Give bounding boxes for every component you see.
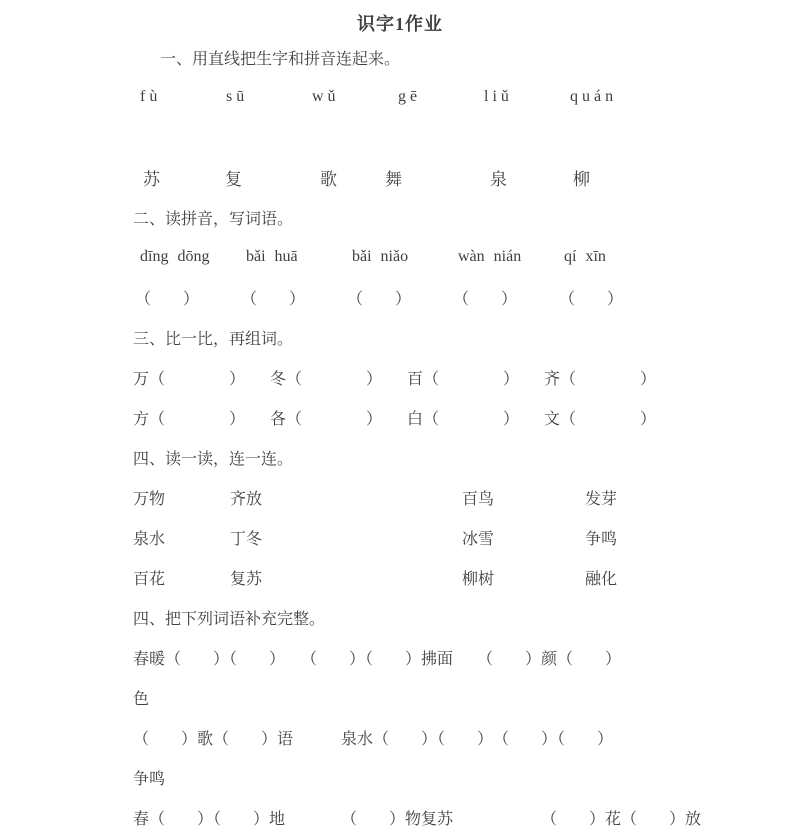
answer-blank: （ ） <box>347 286 453 309</box>
worksheet-content: 一、用直线把生字和拼音连起来。 fù sū wǔ gē liǔ quán 苏 复… <box>0 37 800 837</box>
section1-heading: 一、用直线把生字和拼音连起来。 <box>133 37 780 77</box>
idiom-line: 春暖（ ）（ ） （ ）（ ）拂面 （ ）颜（ ） <box>133 637 780 677</box>
compare-cell: 白（ ） <box>407 406 519 429</box>
pinyin-item: gē <box>398 88 484 106</box>
character-item: 复 <box>225 165 320 190</box>
compare-cell: 各（ ） <box>270 406 382 429</box>
idiom-line-wrap: 争鸣 <box>133 757 780 797</box>
character-item: 苏 <box>143 165 225 190</box>
match-word: 争鸣 <box>585 526 780 549</box>
idiom-line: （ ）歌（ ）语 泉水（ ）（ ） （ ）（ ） <box>133 717 780 757</box>
match-word: 复苏 <box>230 566 462 589</box>
character-item: 舞 <box>385 165 490 190</box>
answer-blank: （ ） <box>241 286 347 309</box>
pinyin-word: bǎi huā <box>246 248 352 266</box>
section2-blanks-row: （ ） （ ） （ ） （ ） （ ） <box>133 277 780 317</box>
section2-pinyin-row: dīng dōng bǎi huā bǎi niǎo wàn nián qí x… <box>133 237 780 277</box>
section2-heading: 二、读拼音，写词语。 <box>133 197 780 237</box>
pinyin-word: wàn nián <box>458 248 564 266</box>
pinyin-word: qí xīn <box>564 248 670 266</box>
compare-cell: 方（ ） <box>133 406 245 429</box>
match-word: 齐放 <box>230 486 462 509</box>
match-word: 万物 <box>133 486 230 509</box>
compare-cell: 百（ ） <box>407 366 519 389</box>
section1-characters-row: 苏 复 歌 舞 泉 柳 <box>133 157 780 197</box>
match-row: 泉水 丁冬 冰雪 争鸣 <box>133 517 780 557</box>
character-item: 泉 <box>490 165 573 190</box>
compare-cell: 万（ ） <box>133 366 245 389</box>
connect-lines-area <box>133 117 780 157</box>
worksheet-page: 识字1作业 一、用直线把生字和拼音连起来。 fù sū wǔ gē liǔ qu… <box>0 0 800 839</box>
idiom-line: 春（ ）（ ）地 （ ）物复苏 （ ）花（ ）放 <box>133 797 780 837</box>
idiom-line-wrap: 色 <box>133 677 780 717</box>
section1-pinyin-row: fù sū wǔ gē liǔ quán <box>133 77 780 117</box>
match-word: 丁冬 <box>230 526 462 549</box>
match-row: 万物 齐放 百鸟 发芽 <box>133 477 780 517</box>
match-word: 泉水 <box>133 526 230 549</box>
pinyin-item: wǔ <box>312 88 398 106</box>
compare-cell: 冬（ ） <box>270 366 382 389</box>
match-row: 百花 复苏 柳树 融化 <box>133 557 780 597</box>
match-word: 发芽 <box>585 486 780 509</box>
pinyin-word: bǎi niǎo <box>352 248 458 266</box>
pinyin-item: fù <box>140 88 226 106</box>
answer-blank: （ ） <box>135 286 241 309</box>
section4-heading: 四、读一读，连一连。 <box>133 437 780 477</box>
answer-blank: （ ） <box>453 286 559 309</box>
section3-row2: 方（ ） 各（ ） 白（ ） 文（ ） <box>133 397 780 437</box>
section5-heading: 四、把下列词语补充完整。 <box>133 597 780 637</box>
match-word: 冰雪 <box>462 526 585 549</box>
pinyin-item: sū <box>226 88 312 106</box>
page-title: 识字1作业 <box>0 0 800 37</box>
section3-row1: 万（ ） 冬（ ） 百（ ） 齐（ ） <box>133 357 780 397</box>
character-item: 歌 <box>320 165 385 190</box>
match-word: 百鸟 <box>462 486 585 509</box>
pinyin-item: liǔ <box>484 88 570 106</box>
match-word: 百花 <box>133 566 230 589</box>
character-item: 柳 <box>573 165 590 190</box>
pinyin-item: quán <box>570 88 656 106</box>
answer-blank: （ ） <box>559 286 665 309</box>
pinyin-word: dīng dōng <box>140 248 246 266</box>
compare-cell: 齐（ ） <box>544 366 656 389</box>
match-word: 融化 <box>585 566 780 589</box>
match-word: 柳树 <box>462 566 585 589</box>
section3-heading: 三、比一比，再组词。 <box>133 317 780 357</box>
compare-cell: 文（ ） <box>544 406 656 429</box>
